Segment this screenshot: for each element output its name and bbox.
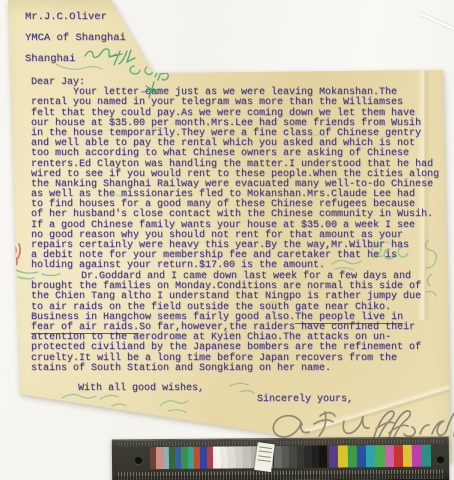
typed-line: Mr.J.C.Oliver [25, 7, 126, 28]
color-patch [213, 447, 221, 469]
typed-line: protected civiliand by the Japanese bomb… [31, 343, 421, 353]
green-bottom-scribble [62, 394, 126, 406]
paragraph-2-lines-a: Dr.Goddard and I came down last week for… [31, 272, 421, 313]
color-patch [289, 446, 297, 468]
color-patch [319, 446, 327, 468]
color-patch [403, 445, 412, 467]
paragraph-1-lines: Your letter came just as we were leaving… [31, 88, 439, 271]
scanned-letter-page: Mr.J.C.OliverYMCA of ShanghaiShanghai De… [0, 0, 454, 480]
color-patch [312, 446, 320, 468]
recipient-address: Mr.J.C.OliverYMCA of ShanghaiShanghai [25, 7, 126, 70]
signoff-line: Sincerely yours, [257, 395, 353, 405]
typed-line: YMCA of Shanghai [25, 28, 126, 49]
color-patch-group-a [150, 447, 213, 470]
color-calibration-bar [112, 437, 449, 480]
color-patch [243, 446, 251, 468]
color-patch [329, 445, 338, 467]
color-patch [422, 445, 431, 467]
color-patch [338, 445, 347, 467]
typed-line: stains of South Station and Songkiang on… [31, 364, 421, 374]
color-patch [304, 446, 312, 468]
mounting-hole [437, 457, 444, 464]
color-patch [274, 446, 282, 468]
typed-line: too much according to what Chinese owner… [31, 149, 439, 159]
paper-shadow: Mr.J.C.OliverYMCA of ShanghaiShanghai De… [0, 0, 454, 480]
color-patch [375, 445, 384, 467]
letter-paper: Mr.J.C.OliverYMCA of ShanghaiShanghai De… [0, 0, 454, 480]
paragraph-2-lines-b: attention to the aerodrome at Kyien Chia… [31, 333, 421, 374]
closing-line: With all good wishes, [78, 384, 204, 394]
color-patch [384, 445, 393, 467]
calibration-label [254, 442, 275, 472]
color-patch [281, 446, 289, 468]
paragraph-2: Dr.Goddard and I came down last week for… [31, 272, 421, 374]
color-patch [235, 446, 243, 468]
color-patch [228, 446, 236, 468]
color-patch [394, 445, 403, 467]
color-patch [412, 445, 421, 467]
color-patch [366, 445, 375, 467]
color-patch [220, 446, 228, 468]
gray-ramp-dark [274, 446, 327, 468]
mounting-hole [135, 457, 142, 464]
paragraph-1: Dear Jay: Your letter came just as we we… [31, 78, 439, 272]
color-patch [357, 445, 366, 467]
color-patch [347, 445, 356, 467]
typed-line: Shanghai [25, 49, 126, 70]
color-patch [297, 446, 305, 468]
red-margin-mark [14, 244, 20, 265]
color-patch-group-b [329, 445, 431, 468]
